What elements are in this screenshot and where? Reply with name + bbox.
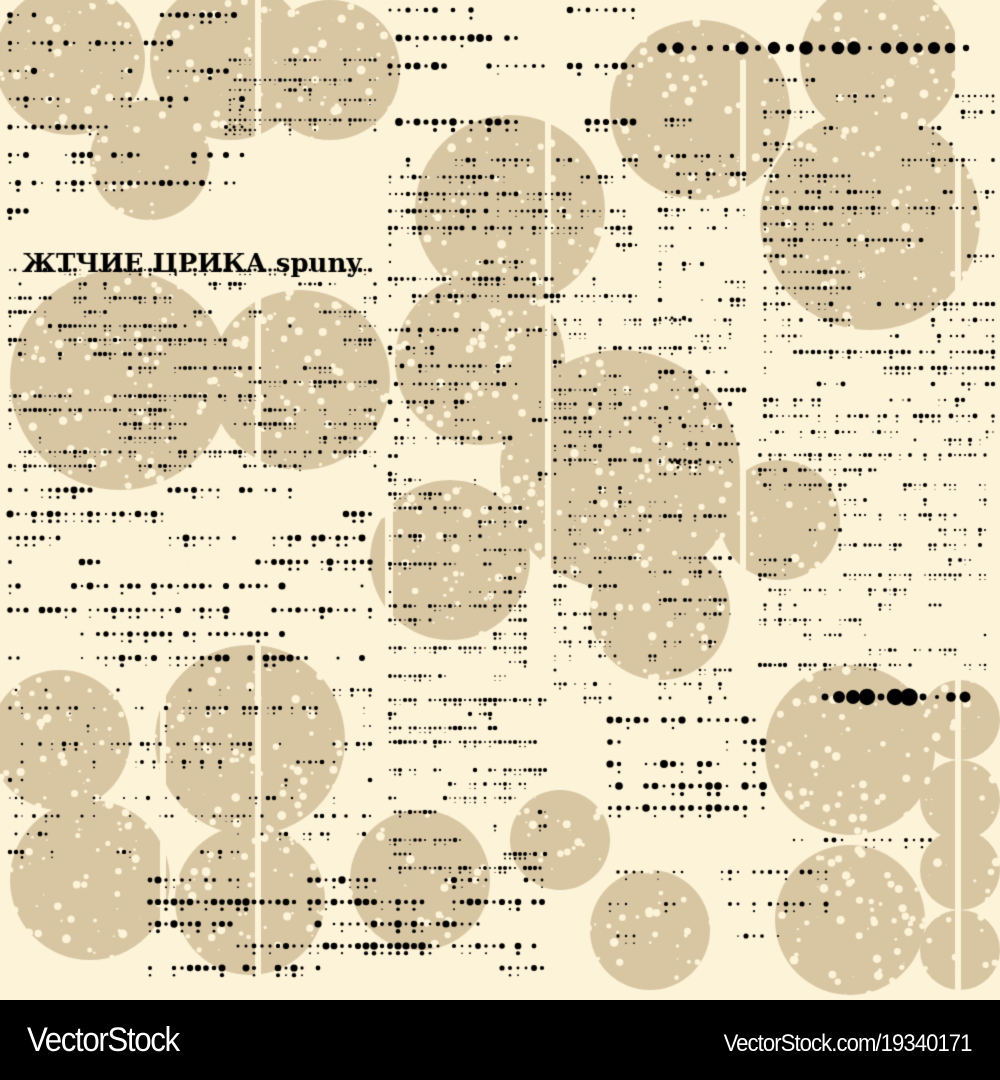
halftone-canvas xyxy=(0,0,1000,1000)
watermark-brand: VectorStock xyxy=(27,1021,179,1060)
watermark-reference: VectorStock.com/19340171 xyxy=(724,1030,972,1058)
halftone-newspaper-artwork xyxy=(0,0,1000,1000)
watermark-bar: VectorStock VectorStock.com/19340171 xyxy=(0,1000,1000,1080)
